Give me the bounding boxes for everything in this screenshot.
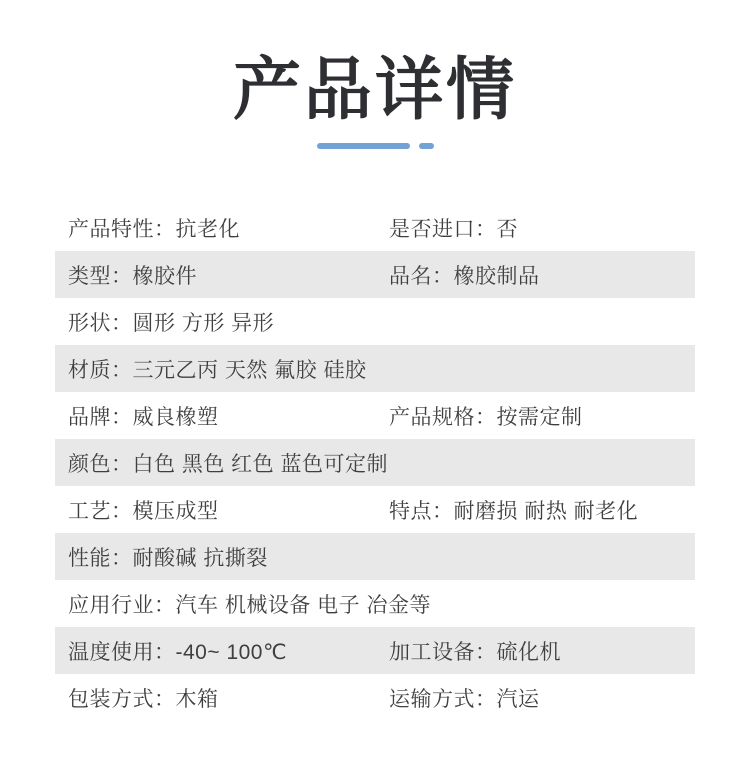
field-label: 性能： [68,547,133,570]
field-value: 三元乙丙 天然 氟胶 硅胶 [133,359,367,382]
field-label: 品牌： [68,406,133,429]
detail-field: 工艺：模压成型 [68,495,389,525]
detail-field: 颜色：白色 黑色 红色 蓝色可定制 [68,448,388,478]
page-header: 产品详情 [0,0,750,149]
field-value: 汽车 机械设备 电子 冶金等 [176,594,432,617]
detail-field: 应用行业：汽车 机械设备 电子 冶金等 [68,589,431,619]
detail-field: 形状：圆形 方形 异形 [68,307,274,337]
detail-field: 特点：耐磨损 耐热 耐老化 [389,495,638,525]
detail-field: 产品特性：抗老化 [68,213,389,243]
detail-field: 材质：三元乙丙 天然 氟胶 硅胶 [68,354,367,384]
field-label: 材质： [68,359,133,382]
field-label: 产品规格： [389,406,497,429]
field-value: 白色 黑色 红色 蓝色可定制 [133,453,389,476]
field-value: 汽运 [497,688,540,711]
detail-field: 品牌：威良橡塑 [68,401,389,431]
detail-field: 产品规格：按需定制 [389,401,583,431]
field-value: 木箱 [176,688,219,711]
field-label: 工艺： [68,500,133,523]
field-value: 抗老化 [176,218,241,241]
field-label: 应用行业： [68,594,176,617]
underline-long-dash [317,143,410,149]
field-label: 包装方式： [68,688,176,711]
detail-field: 温度使用：-40~ 100℃ [68,636,389,666]
detail-table: 产品特性：抗老化 是否进口：否 类型：橡胶件 品名：橡胶制品 形状：圆形 方形 … [55,204,695,721]
field-label: 产品特性： [68,218,176,241]
detail-field: 是否进口：否 [389,213,518,243]
field-label: 类型： [68,265,133,288]
detail-row: 材质：三元乙丙 天然 氟胶 硅胶 [55,345,695,392]
field-value: 橡胶制品 [454,265,540,288]
field-value: 耐酸碱 抗撕裂 [133,547,268,570]
detail-row: 性能：耐酸碱 抗撕裂 [55,533,695,580]
underline-short-dash [419,143,434,149]
detail-row: 形状：圆形 方形 异形 [55,298,695,345]
detail-field: 加工设备：硫化机 [389,636,561,666]
field-value: 橡胶件 [133,265,198,288]
detail-row: 工艺：模压成型 特点：耐磨损 耐热 耐老化 [55,486,695,533]
field-label: 形状： [68,312,133,335]
field-value: 圆形 方形 异形 [133,312,275,335]
detail-row: 应用行业：汽车 机械设备 电子 冶金等 [55,580,695,627]
field-value: 威良橡塑 [133,406,219,429]
field-value: 耐磨损 耐热 耐老化 [454,500,639,523]
field-value: 硫化机 [497,641,562,664]
detail-field: 品名：橡胶制品 [389,260,540,290]
page-title: 产品详情 [0,50,750,130]
field-label: 品名： [389,265,454,288]
detail-row: 产品特性：抗老化 是否进口：否 [55,204,695,251]
detail-row: 类型：橡胶件 品名：橡胶制品 [55,251,695,298]
field-value: -40~ 100℃ [176,641,288,664]
field-label: 颜色： [68,453,133,476]
detail-row: 颜色：白色 黑色 红色 蓝色可定制 [55,439,695,486]
field-label: 是否进口： [389,218,497,241]
field-label: 运输方式： [389,688,497,711]
detail-row: 温度使用：-40~ 100℃ 加工设备：硫化机 [55,627,695,674]
field-label: 温度使用： [68,641,176,664]
field-value: 模压成型 [133,500,219,523]
field-value: 否 [497,218,519,241]
field-label: 特点： [389,500,454,523]
detail-field: 包装方式：木箱 [68,683,389,713]
product-detail-page: 产品详情 产品特性：抗老化 是否进口：否 类型：橡胶件 品名：橡胶制品 形状 [0,0,750,773]
detail-row: 品牌：威良橡塑 产品规格：按需定制 [55,392,695,439]
detail-field: 性能：耐酸碱 抗撕裂 [68,542,268,572]
title-underline [0,143,750,149]
field-value: 按需定制 [497,406,583,429]
detail-row: 包装方式：木箱 运输方式：汽运 [55,674,695,721]
detail-field: 类型：橡胶件 [68,260,389,290]
field-label: 加工设备： [389,641,497,664]
detail-field: 运输方式：汽运 [389,683,540,713]
